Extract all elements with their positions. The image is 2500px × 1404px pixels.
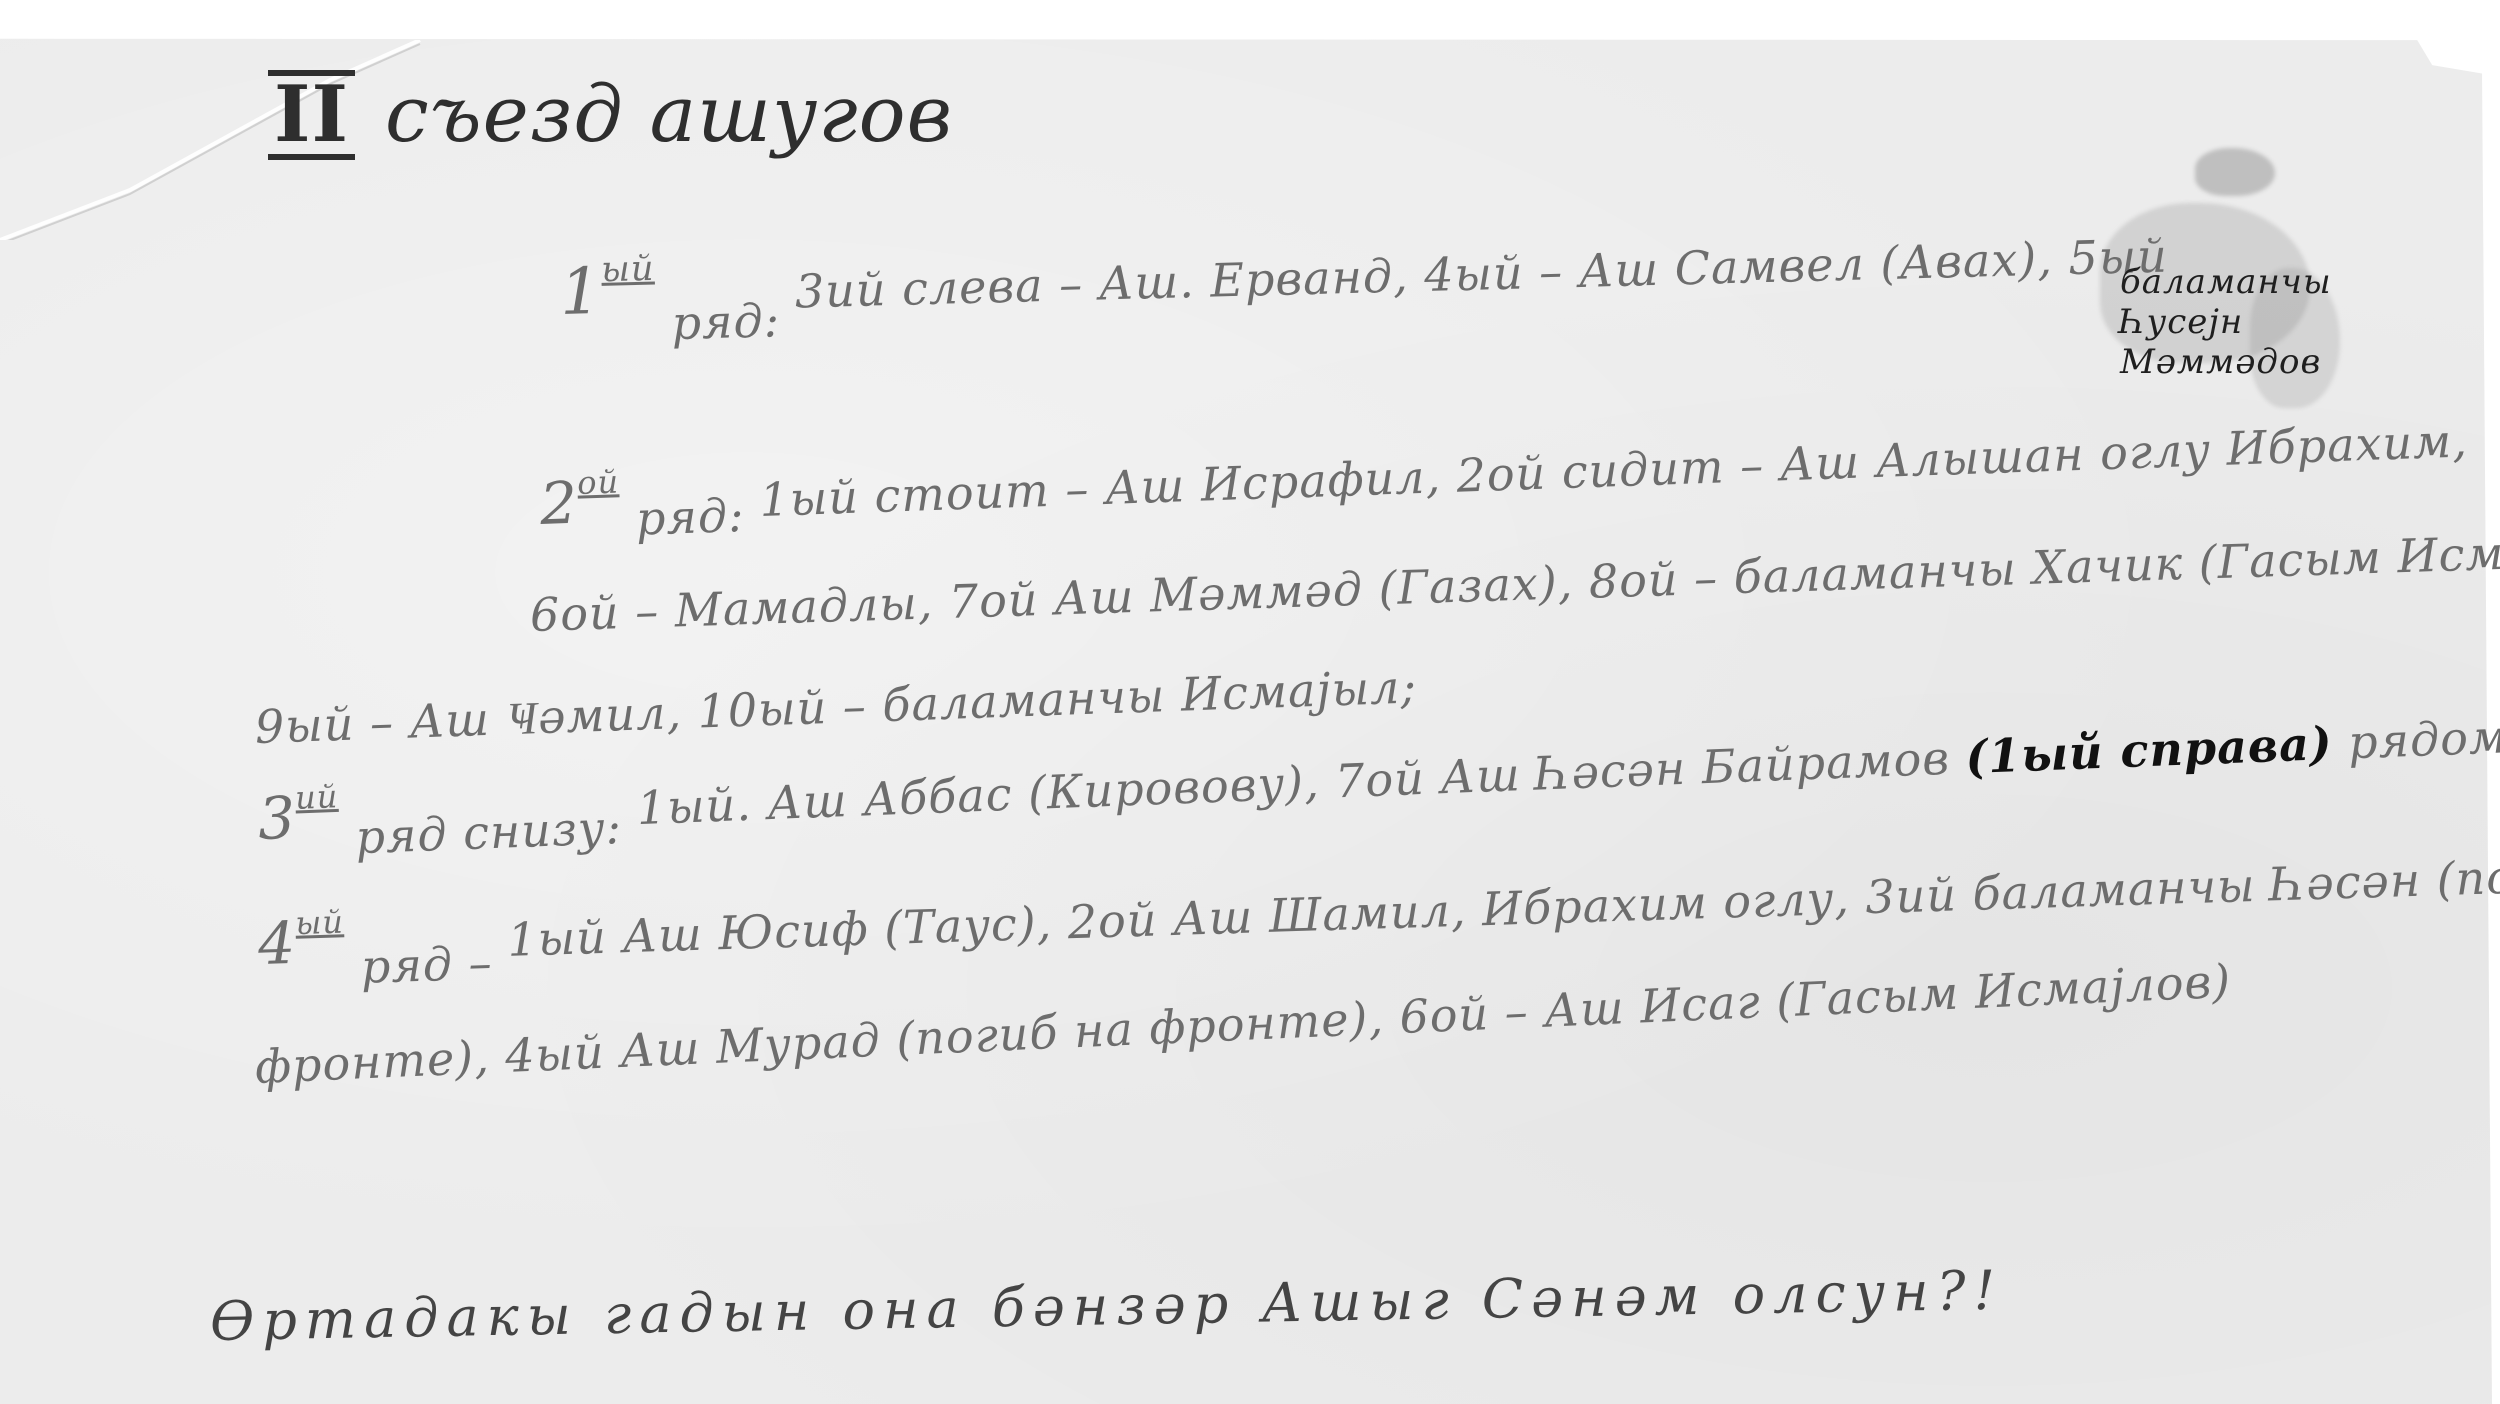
row-2-label: ряд:	[635, 488, 745, 546]
row-4-label: ряд –	[360, 935, 493, 993]
row-3-after-note: рядом Шаир Бәһман	[2347, 695, 2500, 769]
row-3-bold-note: (1ый справа)	[1964, 716, 2333, 784]
row-2-ordinal: 2ой	[539, 467, 621, 538]
title-text: съезд ашугов	[385, 70, 953, 160]
row-1-label: ряд:	[671, 293, 781, 350]
row-4-ordinal: 4ый	[257, 907, 346, 978]
row-1-ordinal: 1ый	[559, 253, 656, 329]
row-3-ordinal: 3ий	[257, 782, 341, 853]
row-1-note: баламанчы Һусејн Мәммәдов	[2120, 262, 2440, 382]
title-numeral: II	[268, 70, 355, 160]
row-3-label: ряд снизу:	[354, 800, 623, 864]
ink-stain	[2195, 148, 2275, 196]
document-title: IIсъезд ашугов	[268, 70, 953, 160]
